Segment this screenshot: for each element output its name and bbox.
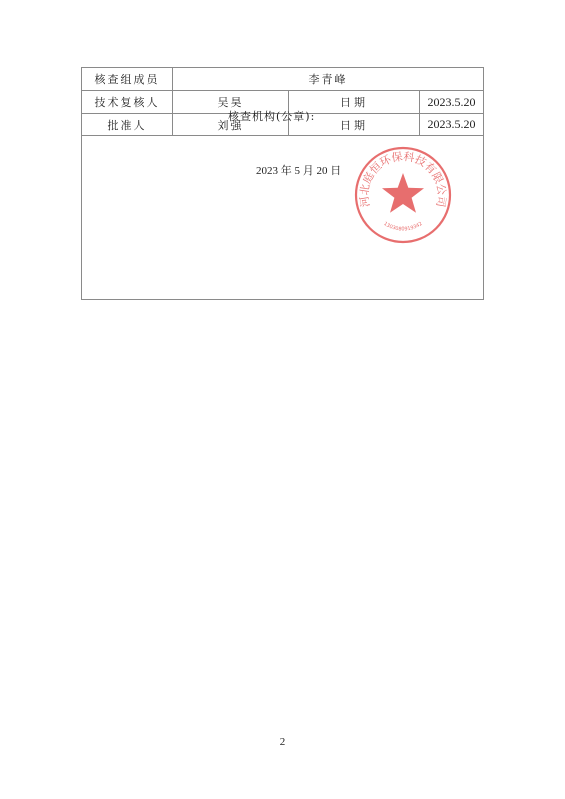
organization-seal-label: 核查机构(公章): bbox=[228, 108, 315, 124]
table-row-team-members: 核查组成员 李青峰 bbox=[82, 68, 483, 91]
approver-date: 2023.5.20 bbox=[419, 114, 483, 135]
seal-serial: 1303080919342 bbox=[382, 221, 423, 233]
company-seal-icon: 河北庭恒环保科技有限公司 1303080919342 bbox=[353, 145, 453, 245]
team-members-label: 核查组成员 bbox=[82, 68, 172, 90]
signature-date: 2023 年 5 月 20 日 bbox=[256, 162, 341, 178]
approver-label: 批准人 bbox=[82, 114, 172, 135]
svg-text:1303080919342: 1303080919342 bbox=[382, 221, 423, 233]
team-members-value: 李青峰 bbox=[172, 68, 483, 90]
technical-reviewer-date: 2023.5.20 bbox=[419, 91, 483, 113]
page-number: 2 bbox=[0, 736, 565, 748]
technical-reviewer-label: 技术复核人 bbox=[82, 91, 172, 113]
